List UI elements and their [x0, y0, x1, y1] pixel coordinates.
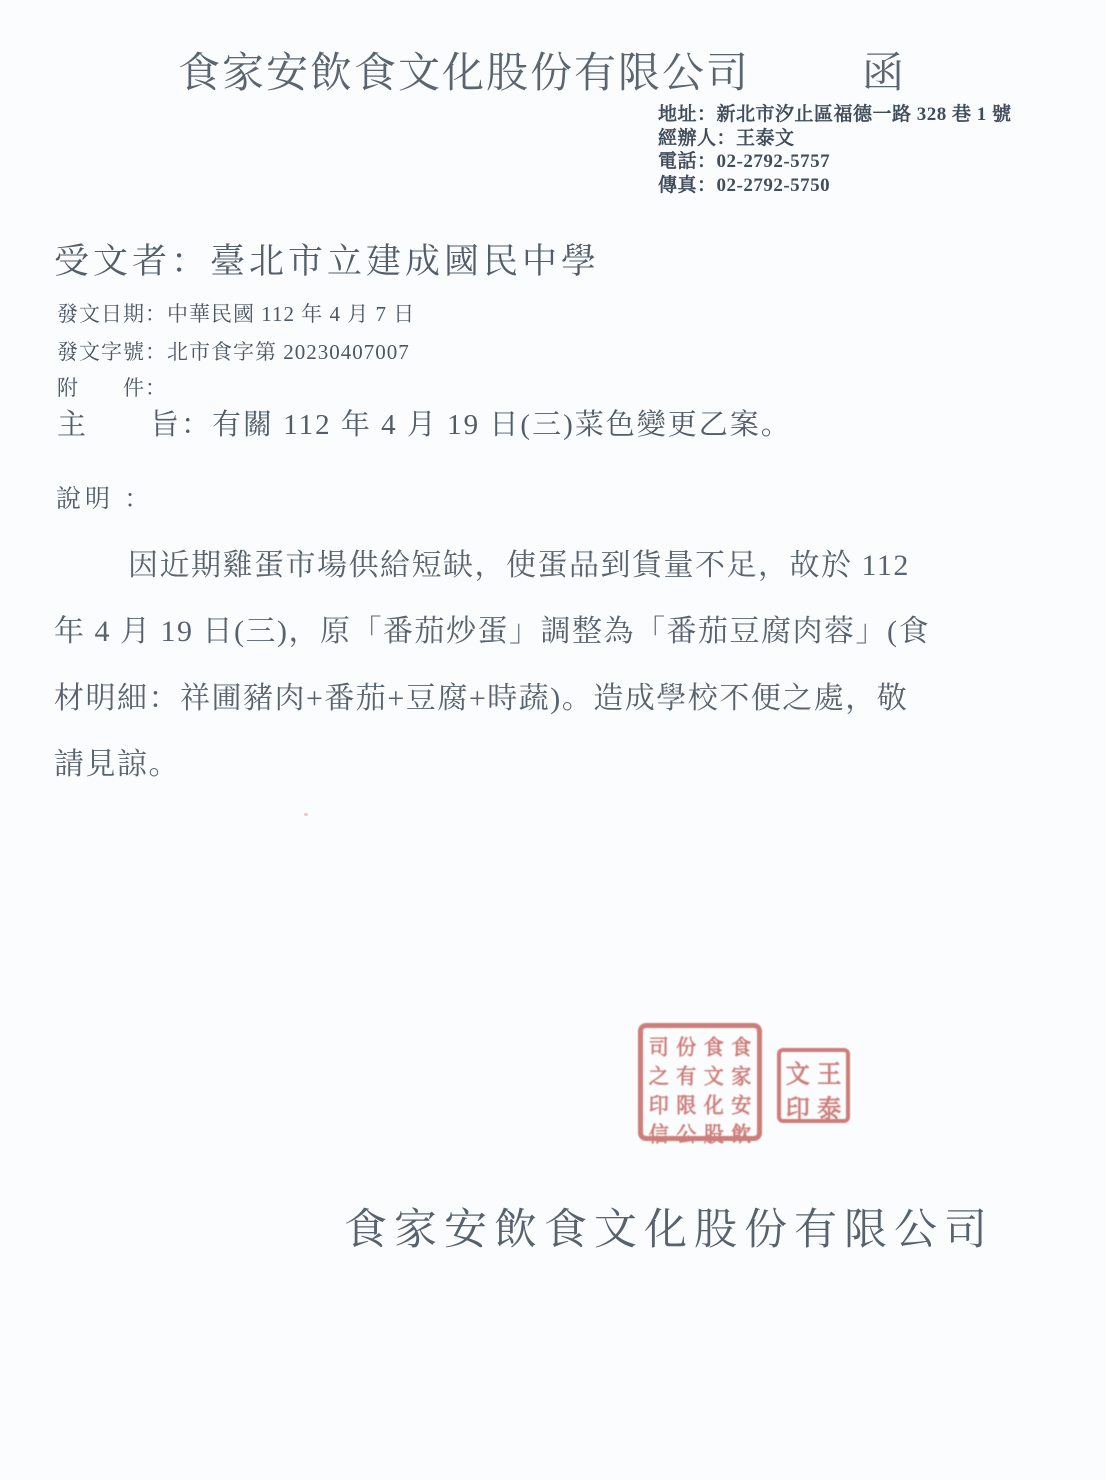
personal-seal-stamp: 王 泰 文 印: [777, 1048, 850, 1123]
reference-number-line: 發文字號：北市食字第 20230407007: [57, 336, 410, 366]
letter-title: 食家安飲食文化股份有限公司函: [178, 40, 906, 100]
body-text-line: 年 4 月 19 日(三)，原「番茄炒蛋」調整為「番茄豆腐肉蓉」(食: [54, 606, 930, 650]
scan-artifact-dot: [304, 813, 308, 816]
recipient-line: 受文者：臺北市立建成國民中學: [54, 234, 600, 284]
sender-fax: 傳真：02-2792-5750: [658, 174, 1012, 198]
body-text-line: 因近期雞蛋市場供給短缺，使蛋品到貨量不足，故於 112: [128, 540, 910, 584]
issue-date-line: 發文日期：中華民國 112 年 4 月 7 日: [57, 298, 415, 328]
body-text-line: 材明細：祥圃豬肉+番茄+豆腐+時蔬)。造成學校不便之處，敬: [54, 673, 908, 717]
sender-handler: 經辦人：王泰文: [658, 127, 1012, 151]
personal-seal-characters: 王 泰 文 印: [782, 1054, 845, 1117]
document-type-label: 函: [862, 51, 906, 97]
sender-phone: 電話：02-2792-5757: [658, 150, 1012, 174]
company-seal-characters: 食 家 安 飲 食 文 化 股 份 有 限 公 司 之 印 信: [645, 1031, 755, 1133]
company-signature: 食家安飲食文化股份有限公司: [344, 1196, 994, 1257]
sender-contact-block: 地址：新北市汐止區福德一路 328 巷 1 號 經辦人：王泰文 電話：02-27…: [658, 103, 1012, 197]
subject-line: 主 旨：有關 112 年 4 月 19 日(三)菜色變更乙案。: [57, 402, 792, 443]
sender-address: 地址：新北市汐止區福德一路 328 巷 1 號: [658, 103, 1012, 127]
company-name-title: 食家安飲食文化股份有限公司: [178, 51, 750, 97]
scanned-letter-page: 食家安飲食文化股份有限公司函 地址：新北市汐止區福德一路 328 巷 1 號 經…: [0, 0, 1106, 1480]
explanation-label: 說明 ：: [56, 479, 153, 515]
company-seal-stamp: 食 家 安 飲 食 文 化 股 份 有 限 公 司 之 印 信: [638, 1023, 762, 1141]
attachment-line: 附 件：: [57, 372, 167, 402]
body-text-line: 請見諒。: [54, 739, 180, 783]
